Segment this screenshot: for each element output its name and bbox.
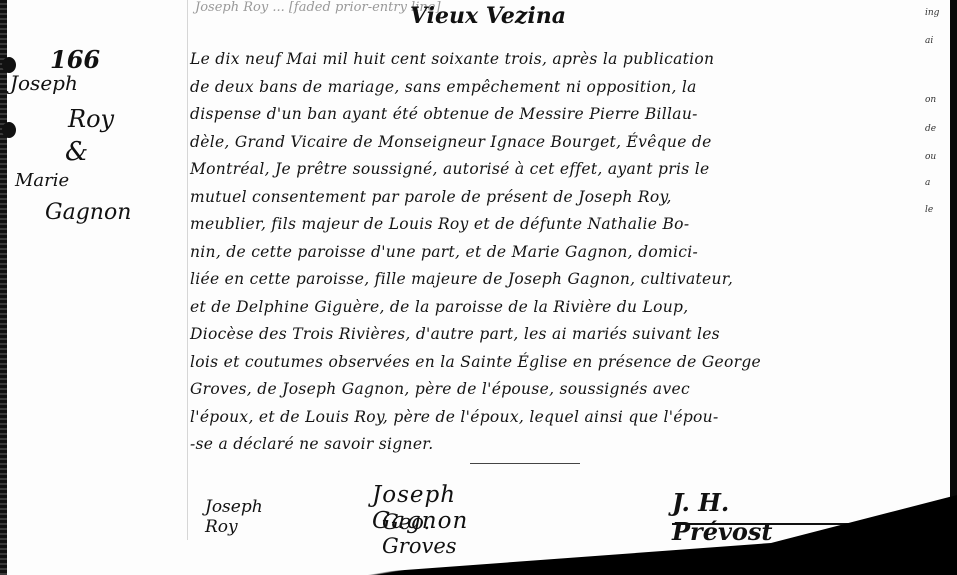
closing-dash: [470, 463, 580, 464]
body-line: Montréal, Je prêtre soussigné, autorisé …: [190, 156, 935, 184]
margin-ampersand: &: [65, 137, 88, 167]
body-line: Le dix neuf Mai mil huit cent soixante t…: [190, 46, 935, 74]
left-binding-edge: [0, 0, 7, 575]
body-line: liée en cette paroisse, fille majeure de…: [190, 266, 935, 294]
margin-bride-last-name: Gagnon: [45, 200, 131, 225]
right-margin-fragment: on: [925, 95, 936, 105]
right-margin-fragment: le: [925, 205, 933, 215]
body-line: dispense d'un ban ayant été obtenue de M…: [190, 101, 935, 129]
body-line: Groves, de Joseph Gagnon, père de l'épou…: [190, 376, 935, 404]
right-margin-fragment: ai: [925, 36, 933, 46]
previous-entry-fragment: Joseph Roy ... [faded prior-entry line]: [195, 0, 441, 15]
body-line: dèle, Grand Vicaire de Monseigneur Ignac…: [190, 129, 935, 157]
body-line: et de Delphine Giguère, de la paroisse d…: [190, 294, 935, 322]
body-line: l'époux, et de Louis Roy, père de l'épou…: [190, 404, 935, 432]
right-margin-fragment: de: [925, 124, 936, 134]
signature-groom: Joseph Roy: [205, 497, 263, 537]
body-line: -se a déclaré ne savoir signer.: [190, 431, 935, 459]
register-page: Joseph Roy ... [faded prior-entry line] …: [0, 0, 957, 575]
right-margin-fragments: ing ai on de ou a le: [925, 0, 949, 300]
signature-witness-groves: Geo. Groves: [382, 510, 457, 558]
margin-bride-first-name: Marie: [15, 170, 69, 191]
margin-groom-last-name: Roy: [68, 105, 114, 133]
body-line: Diocèse des Trois Rivières, d'autre part…: [190, 321, 935, 349]
body-line: mutuel consentement par parole de présen…: [190, 184, 935, 212]
margin-groom-first-name: Joseph: [10, 71, 78, 95]
right-margin-fragment: ing: [925, 8, 939, 18]
right-margin-fragment: ou: [925, 152, 936, 162]
body-line: nin, de cette paroisse d'une part, et de…: [190, 239, 935, 267]
margin-rule: [187, 0, 188, 540]
body-line: de deux bans de mariage, sans empêchemen…: [190, 74, 935, 102]
body-line: meublier, fils majeur de Louis Roy et de…: [190, 211, 935, 239]
right-margin-fragment: a: [925, 178, 930, 188]
body-line: lois et coutumes observées en la Sainte …: [190, 349, 935, 377]
entry-heading: Vieux Vezina: [410, 3, 566, 29]
right-binding-edge: [950, 0, 957, 500]
entry-body: Le dix neuf Mai mil huit cent soixante t…: [190, 46, 935, 459]
margin-names: 166 Joseph Roy & Marie Gagnon: [10, 45, 180, 265]
entry-number: 166: [50, 45, 100, 74]
header-fragment-text: Joseph Roy ... [faded prior-entry line]: [195, 0, 441, 15]
